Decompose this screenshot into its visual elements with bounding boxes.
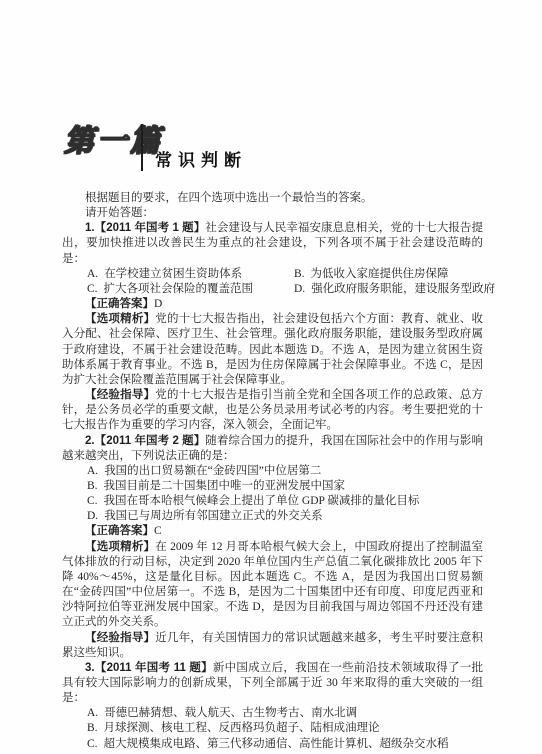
option-d-text: 我国已与周边所有邻国建立正式的外交关系 (104, 510, 323, 522)
option-a-label: A. (87, 707, 98, 719)
book-page: 第一篇 常识判断 根据题目的要求，在四个选项中选出一个最恰当的答案。 请开始答题… (0, 0, 542, 754)
answer-label: 【正确答案】 (85, 298, 154, 310)
answer-value: C (154, 525, 162, 537)
option-a: A.在学校建立贫困生资助体系 (87, 267, 294, 282)
option-a-text: 哥德巴赫猜想、载人航天、古生物考古、南水北调 (104, 707, 357, 719)
option-c-text: 超大规模集成电路、第三代移动通信、高性能计算机、超级杂交水稻 (104, 738, 449, 750)
question-2-stem: 2.【2011 年国考 2 题】随着综合国力的提升，我国在国际社会中的作用与影响… (62, 434, 483, 464)
option-b-text: 月球探测、核电工程、反西格玛负超子、陆相成油理论 (104, 722, 380, 734)
option-c-label: C. (87, 495, 98, 507)
guide-label: 【经验指导】 (85, 389, 155, 401)
intro-start-prompt: 请开始答题： (62, 206, 483, 221)
option-b-text: 我国目前是二十国集团中唯一的亚洲发展中国家 (104, 480, 346, 492)
option-a-text: 我国的出口贸易额在“金砖四国”中位居第二 (104, 465, 321, 477)
question-2-tag: 【2011 年国考 2 题】 (95, 435, 206, 447)
option-c: C.我国在哥本哈根气候峰会上提出了单位 GDP 碳减排的量化目标 (62, 494, 483, 509)
analysis-label: 【选项精析】 (85, 541, 155, 553)
option-a-label: A. (87, 465, 98, 477)
option-c-label: C. (87, 283, 98, 295)
guide-label: 【经验指导】 (85, 632, 155, 644)
option-c-label: C. (87, 738, 98, 750)
page-content: 根据题目的要求，在四个选项中选出一个最恰当的答案。 请开始答题： 1.【2011… (62, 191, 483, 752)
option-d: D.强化政府服务职能，建设服务型政府 (294, 282, 495, 297)
header-divider (141, 124, 143, 171)
answer-value: D (154, 298, 162, 310)
option-c-text: 我国在哥本哈根气候峰会上提出了单位 GDP 碳减排的量化目标 (104, 495, 420, 507)
question-2-guide: 【经验指导】近几年，有关国情国力的常识试题越来越多，考生平时要注意积累这些知识。 (62, 631, 483, 661)
analysis-text: 在 2009 年 12 月哥本哈根气候大会上，中国政府提出了控制温室气体排放的行… (62, 541, 483, 629)
question-3-stem: 3.【2011 年国考 11 题】新中国成立后，我国在一些前沿技术领域取得了一批… (62, 661, 483, 706)
question-3-tag: 【2011 年国考 11 题】 (95, 662, 213, 674)
option-b-label: B. (87, 722, 98, 734)
section-title: 常识判断 (155, 146, 247, 171)
option-b: B.月球探测、核电工程、反西格玛负超子、陆相成油理论 (62, 721, 483, 736)
option-d-text: 强化政府服务职能，建设服务型政府 (311, 283, 495, 295)
question-2-analysis: 【选项精析】在 2009 年 12 月哥本哈根气候大会上，中国政府提出了控制温室… (62, 540, 483, 631)
option-d: D.我国已与周边所有邻国建立正式的外交关系 (62, 509, 483, 524)
question-1-analysis: 【选项精析】党的十七大报告指出，社会建设包括六个方面：教育、就业、收入分配、社会… (62, 312, 483, 388)
option-c-text: 扩大各项社会保险的覆盖范围 (104, 283, 254, 295)
option-b: B.我国目前是二十国集团中唯一的亚洲发展中国家 (62, 479, 483, 494)
question-1-guide: 【经验指导】党的十七大报告是指引当前全党和全国各项工作的总政策、总方针，是公务员… (62, 388, 483, 433)
option-b-text: 为低收入家庭提供住房保障 (311, 268, 449, 280)
question-3-number: 3. (85, 662, 95, 674)
analysis-label: 【选项精析】 (85, 313, 155, 325)
part-label: 第一篇 (64, 116, 163, 160)
option-b: B.为低收入家庭提供住房保障 (294, 267, 495, 282)
option-d-label: D. (294, 283, 305, 295)
question-1-number: 1. (85, 222, 95, 234)
question-1-tag: 【2011 年国考 1 题】 (95, 222, 206, 234)
question-1-options: A.在学校建立贫困生资助体系 B.为低收入家庭提供住房保障 C.扩大各项社会保险… (62, 267, 483, 297)
option-b-label: B. (294, 268, 305, 280)
option-b-label: B. (87, 480, 98, 492)
option-a: A.我国的出口贸易额在“金砖四国”中位居第二 (62, 464, 483, 479)
option-c: C.扩大各项社会保险的覆盖范围 (87, 282, 294, 297)
question-2-answer: 【正确答案】C (62, 524, 483, 539)
intro-instruction: 根据题目的要求，在四个选项中选出一个最恰当的答案。 (62, 191, 483, 206)
question-1-answer: 【正确答案】D (62, 297, 483, 312)
option-a: A.哥德巴赫猜想、载人航天、古生物考古、南水北调 (62, 706, 483, 721)
question-2-number: 2. (85, 435, 95, 447)
option-a-label: A. (87, 268, 98, 280)
option-c: C.超大规模集成电路、第三代移动通信、高性能计算机、超级杂交水稻 (62, 737, 483, 752)
option-d-label: D. (87, 510, 98, 522)
answer-label: 【正确答案】 (85, 525, 154, 537)
question-1-stem: 1.【2011 年国考 1 题】社会建设与人民幸福安康息息相关，党的十七大报告提… (62, 221, 483, 266)
option-a-text: 在学校建立贫困生资助体系 (104, 268, 242, 280)
